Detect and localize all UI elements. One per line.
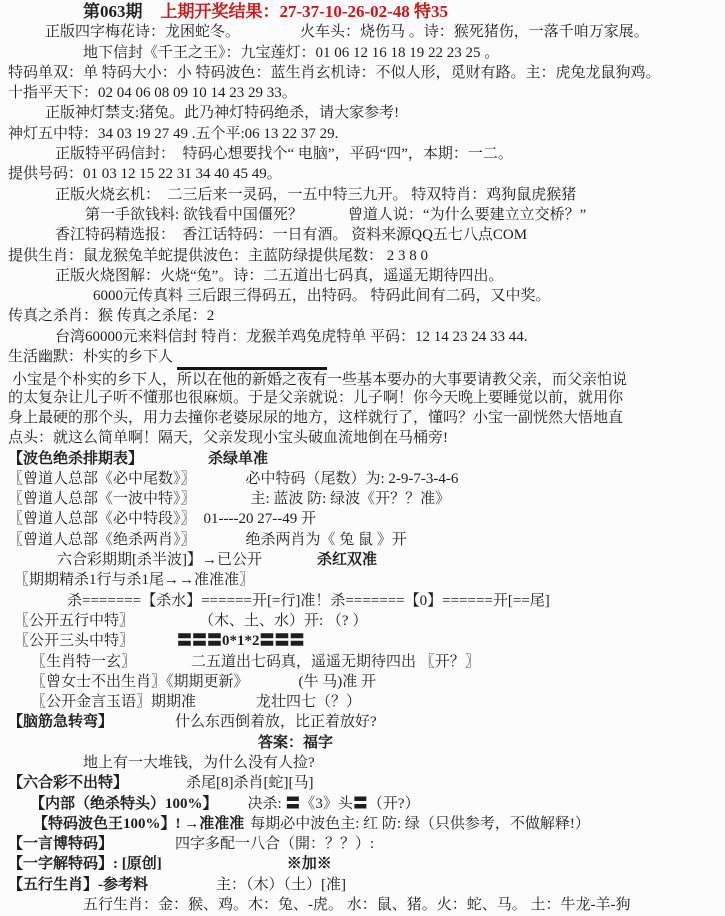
five-element-zodiac-line: 【五行生肖】-参考料主：（木）（土）[准] [0, 875, 725, 895]
text-segment: 点头：就这么简单啊！隔天，父亲发现小宝头破血流地倒在马桶旁! [8, 428, 448, 448]
text-segment: 主：（木）（土）[准] [216, 875, 346, 895]
text-segment: 正版火烧图解：火烧“兔”。诗：二五道出七码真，遥遥无期待四出。 [55, 266, 503, 286]
joke-line-3: 身上最硬的那个头，用力去撞你老婆尿尿的地方，这样就行了，懂吗？小宝一副恍然大悟地… [0, 408, 725, 428]
text-segment: 正版火烧玄机： 二三后来一灵码，一五中特三九开。 特双特肖：鸡狗鼠虎猴猪 [55, 185, 576, 205]
kill-water-line: 杀=======【杀水】======开[=行]准！杀=======【0】====… [0, 591, 725, 611]
zeng-tail-line: 〖曾道人总部《必中尾数》〗必中特码（尾数）为: 2-9-7-3-4-6 [0, 469, 725, 489]
text-segment: 地上有一大堆钱，为什么没有人捡? [83, 753, 315, 773]
text-segment: 〖公开五行中特〗 [14, 611, 134, 631]
zodiac-offer-line: 提供生肖：鼠龙猴兔羊蛇提供波色：主蓝防绿提供尾数： 2 3 8 0 [0, 246, 725, 266]
text-segment: 每期必中波色主: 红 防: 绿（只供参考，不做解释!） [250, 814, 590, 834]
text-segment: 6000元传真料 三后跟三得码五，出特码。 特码此间有二码，又中奖。 [93, 286, 551, 306]
text-segment: 五行生肖：金：猴、鸡。木：兔、-虎。 水：鼠、猪。火：蛇、马。 土：牛龙-羊-狗 [83, 895, 631, 915]
text-segment: 的太复杂让儿子听不懂那也很麻烦。于是父亲就说：儿子啊！你今天晚上要睡觉以前，就用… [8, 388, 623, 408]
text-segment: 【脑筋急转弯】 [8, 712, 113, 732]
special-flat-code-line: 正版特平码信封： 特码心想要找个“ 电脑”，平码“四”，本期：一二。 [0, 144, 725, 164]
text-segment: 杀红双准 [317, 550, 377, 570]
text-segment: 〓〓〓0*1*2〓〓〓 [177, 631, 305, 651]
text-segment: 生活幽默：朴实的乡下人 [8, 347, 173, 367]
fire-diagram-line: 正版火烧图解：火烧“兔”。诗：二五道出七码真，遥遥无期待四出。 [0, 266, 725, 286]
magic-lamp-ban-line: 正版神灯禁支:猪兔。此乃神灯特码绝杀，请大家参考! [0, 103, 725, 123]
plum-poem-line: 正版四字梅花诗：龙困蛇冬。火车头：烧伤马 。诗：猴死猪伤，一落千咱万家展。 [0, 22, 725, 42]
joke-line-2: 的太复杂让儿子听不懂那也很麻烦。于是父亲就说：儿子啊！你今天晚上要睡觉以前，就用… [0, 388, 725, 408]
golden-words-line: 〖公开金言玉语〗期期准龙壮四七（？） [0, 692, 725, 712]
text-segment: 〖曾道人总部《绝杀两肖》〗 [8, 530, 196, 550]
fire-mystery-line: 正版火烧玄机： 二三后来一灵码，一五中特三九开。 特双特肖：鸡狗鼠虎猴猪 [0, 185, 725, 205]
text-segment: (牛 马)准 开 [299, 672, 377, 692]
text-segment: 杀尾[8]杀肖[蛇][马] [186, 773, 313, 793]
header-line: 第063期上期开奖结果：27-37-10-26-02-48 特35 [0, 2, 725, 22]
document-body: 第063期上期开奖结果：27-37-10-26-02-48 特35正版四字梅花诗… [0, 2, 725, 915]
answer-line: 答案：福字 [0, 733, 725, 753]
text-segment: 第063期 [83, 2, 143, 22]
zeng-segment-line: 〖曾道人总部《必中特段》〗01----20 27--49 开 [0, 509, 725, 529]
ten-fingers-line: 十指平天下：02 04 06 08 09 10 14 23 29 33。 [0, 83, 725, 103]
zodiac-mystery-line: 〖生肖特一玄〗二五道出七码真，遥遥无期待四出 〖开？〗 [0, 652, 725, 672]
text-segment: 〖公开三头中特〗 [14, 631, 134, 651]
text-segment: 【一言博特码】 [8, 834, 113, 854]
xiangjiang-report-line: 香江特码精选报： 香江话特码：一日有酒。 资料来源QQ五七八点COM [0, 225, 725, 245]
text-segment: 决杀: 〓《3》头〓（开?） [248, 794, 420, 814]
text-segment: 龙壮四七（？） [256, 692, 361, 712]
text-segment: 〖公开金言玉语〗期期准 [31, 692, 196, 712]
text-segment: 正版神灯禁支:猪兔。此乃神灯特码绝杀，请大家参考! [45, 103, 399, 123]
madam-zeng-line: 〖曾女士不出生肖〗《期期更新》(牛 马)准 开 [0, 672, 725, 692]
text-segment: 身上最硬的那个头，用力去撞你老婆尿尿的地方，这样就行了，懂吗？小宝一副恍然大悟地… [8, 408, 623, 428]
text-segment: 【一字解特码】: [原创] [8, 854, 162, 874]
internal-kill-head-line: 【内部（绝杀特头）100%】决杀: 〓《3》头〓（开?） [0, 794, 725, 814]
text-segment: 01----20 27--49 开 [204, 509, 316, 529]
half-wave-line: 六合彩期期[杀半波]】→已公开杀红双准 [0, 550, 725, 570]
text-segment: 提供生肖：鼠龙猴兔羊蛇提供波色：主蓝防绿提供尾数： 2 3 8 0 [8, 246, 428, 266]
text-segment: 答案：福字 [258, 733, 333, 753]
text-segment: 【五行生肖】-参考料 [8, 875, 148, 895]
first-money-line: 第一手欲钱料: 欲钱看中国僵死？曾道人说：“为什么要建立立交桥？” [0, 205, 725, 225]
brain-teaser-line: 【脑筋急转弯】什么东西倒着放，比正着放好? [0, 712, 725, 732]
text-segment: 上期开奖结果：27-37-10-26-02-48 特35 [161, 2, 449, 22]
text-segment: 杀=======【杀水】======开[=行]准！杀=======【0】====… [67, 591, 550, 611]
text-segment: 〖曾女士不出生肖〗《期期更新》 [31, 672, 249, 692]
text-segment: 正版特平码信封： 特码心想要找个“ 电脑”，平码“四”，本期：一二。 [55, 144, 513, 164]
color-kill-table-line: 【波色绝杀排期表】杀绿单准 [0, 449, 725, 469]
text-segment: 四字多配一八合（開：？？）: [175, 834, 374, 854]
lottery-tip-sheet: 第063期上期开奖结果：27-37-10-26-02-48 特35正版四字梅花诗… [0, 0, 725, 916]
text-segment: 必中特码（尾数）为: 2-9-7-3-4-6 [246, 469, 459, 489]
text-segment: 主: 蓝波 防: 绿波《开？？准》 [251, 489, 451, 509]
text-segment: 【六合彩不出特】 [8, 773, 128, 793]
text-segment: 二五道出七码真，遥遥无期待四出 〖开？〗 [191, 652, 480, 672]
text-segment: 正版四字梅花诗：龙困蛇冬。 [45, 22, 240, 42]
one-word-bet-line: 【一言博特码】四字多配一八合（開：？？）: [0, 834, 725, 854]
text-segment: 什么东西倒着放，比正着放好? [175, 712, 377, 732]
five-elements-line: 〖公开五行中特〗（木、土、水）开: （? ） [0, 611, 725, 631]
one-word-solve-line: 【一字解特码】: [原创]※加※ [0, 854, 725, 874]
fax-kill-line: 传真之杀肖：猴 传真之杀尾：2 [0, 306, 725, 326]
lamp-five-special-line: 神灯五中特：34 03 19 27 49 .五个平:06 13 22 37 29… [0, 124, 725, 144]
text-segment: 第一手欲钱料: 欲钱看中国僵死？ [85, 205, 303, 225]
wave-color-king-line: 【特码波色王100%】! →准准准每期必中波色主: 红 防: 绿（只供参考，不做… [0, 814, 725, 834]
text-segment: 【内部（绝杀特头）100%】 [30, 794, 218, 814]
fax-6000-line: 6000元传真料 三后跟三得码五，出特码。 特码此间有二码，又中奖。 [0, 286, 725, 306]
text-segment: （木、土、水）开: （? ） [199, 611, 367, 631]
underground-letter-line: 地下信封《千王之王》：九宝莲灯：01 06 12 16 18 19 22 23 … [0, 43, 725, 63]
numbers-offer-line: 提供号码：01 03 12 15 22 31 34 40 45 49。 [0, 164, 725, 184]
text-segment: 〖期期精杀1行与杀1尾→→准准准〗 [14, 570, 254, 590]
text-segment: 火车头：烧伤马 。诗：猴死猪伤，一落千咱万家展。 [300, 22, 649, 42]
text-segment: 特码单双：单 特码大小：小 特码波色：蓝生肖玄机诗：不似人形，觅财有路。主：虎兔… [8, 63, 661, 83]
humor-title-line: 生活幽默：朴实的乡下人 [0, 347, 725, 367]
text-segment: 【波色绝杀排期表】 [8, 449, 143, 469]
no-special-line: 【六合彩不出特】杀尾[8]杀肖[蛇][马] [0, 773, 725, 793]
text-segment: 〖生肖特一玄〗 [31, 652, 136, 672]
precise-kill-line: 〖期期精杀1行与杀1尾→→准准准〗 [0, 570, 725, 590]
text-segment: 〖曾道人总部《一波中特》〗 [8, 489, 196, 509]
zeng-wave-line: 〖曾道人总部《一波中特》〗主: 蓝波 防: 绿波《开？？准》 [0, 489, 725, 509]
zeng-two-zodiac-line: 〖曾道人总部《绝杀两肖》〗绝杀两肖为《 兔 鼠 》开 [0, 530, 725, 550]
text-segment: 传真之杀肖：猴 传真之杀尾：2 [8, 306, 214, 326]
text-segment: ※加※ [287, 854, 332, 874]
text-segment: 香江特码精选报： 香江话特码：一日有酒。 资料来源QQ五七八点COM [55, 225, 527, 245]
text-segment: 地下信封《千王之王》：九宝莲灯：01 06 12 16 18 19 22 23 … [83, 43, 499, 63]
taiwan-60000-line: 台湾60000元来料信封 特肖：龙猴羊鸡兔虎特单 平码：12 14 23 24 … [0, 327, 725, 347]
joke-line-4: 点头：就这么简单啊！隔天，父亲发现小宝头破血流地倒在马桶旁! [0, 428, 725, 448]
text-segment: 曾道人说：“为什么要建立立交桥？” [348, 205, 586, 225]
five-element-detail-line: 五行生肖：金：猴、鸡。木：兔、-虎。 水：鼠、猪。火：蛇、马。 土：牛龙-羊-狗 [0, 895, 725, 915]
joke-line-1: 小宝是个朴实的乡下人，所以在他的新婚之夜有一些基本要办的大事要请教父亲，而父亲怕… [0, 367, 725, 387]
text-segment: 〖曾道人总部《必中尾数》〗 [8, 469, 196, 489]
text-segment: 提供号码：01 03 12 15 22 31 34 40 45 49。 [8, 164, 282, 184]
odd-even-line: 特码单双：单 特码大小：小 特码波色：蓝生肖玄机诗：不似人形，觅财有路。主：虎兔… [0, 63, 725, 83]
text-segment: 〖曾道人总部《必中特段》〗 [8, 509, 196, 529]
text-segment: 绝杀两肖为《 兔 鼠 》开 [246, 530, 407, 550]
three-heads-line: 〖公开三头中特〗〓〓〓0*1*2〓〓〓 [0, 631, 725, 651]
text-segment: 十指平天下：02 04 06 08 09 10 14 23 29 33。 [8, 83, 297, 103]
text-segment: 【特码波色王100%】! →准准准 [33, 814, 244, 834]
text-segment: 杀绿单准 [208, 449, 268, 469]
text-segment: 神灯五中特：34 03 19 27 49 .五个平:06 13 22 37 29… [8, 124, 338, 144]
riddle-line: 地上有一大堆钱，为什么没有人捡? [0, 753, 725, 773]
text-segment: 台湾60000元来料信封 特肖：龙猴羊鸡兔虎特单 平码：12 14 23 24 … [55, 327, 528, 347]
text-segment: 六合彩期期[杀半波]】→已公开 [57, 550, 262, 570]
